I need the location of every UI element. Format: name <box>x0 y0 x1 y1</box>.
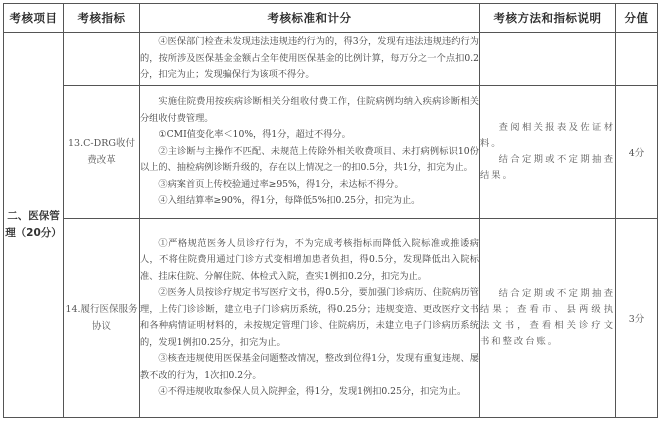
table-row: 14.履行医保服务协议 ①严格规范医务人员诊疗行为，不为完成考核指标而降低入院标… <box>4 219 658 418</box>
standard-cell: 实施住院费用按疾病诊断相关分组收付费工作，住院病例均纳入疾病诊断相关分组收付费管… <box>140 86 480 219</box>
score-cell <box>616 33 658 86</box>
header-score: 分值 <box>616 4 658 33</box>
table-row: 二、医保管理（20分） ④医保部门检查未发现违法违规违约行为的，得3分，发现有违… <box>4 33 658 86</box>
header-method: 考核方法和指标说明 <box>480 4 616 33</box>
standard-item: ④医保部门检查未发现违法违规违约行为的，得3分，发现有违法违规违约行为的，按所涉… <box>140 34 479 84</box>
method-cell: 结合定期或不定期抽查结果；查看市、县两级执法文书，查看相关诊疗文书和整改台账。 <box>480 219 616 418</box>
standard-item: ①CMI值变化率＜10%，得1分，超过不得分。 <box>140 127 479 144</box>
standard-item: ②医务人员按诊疗规定书写医疗文书，得0.5分，要加强门诊病历、住院病历管理，上传… <box>140 285 479 351</box>
table-row: 13.C-DRG收付费改革 实施住院费用按疾病诊断相关分组收付费工作，住院病例均… <box>4 86 658 219</box>
header-project: 考核项目 <box>4 4 64 33</box>
score-cell: 4分 <box>616 86 658 219</box>
standard-item: ①严格规范医务人员诊疗行为，不为完成考核指标而降低入院标准或推诿病人，不将住院费… <box>140 236 479 286</box>
indicator-cell <box>64 33 140 86</box>
method-item: 结合定期或不定期抽查结果；查看市、县两级执法文书，查看相关诊疗文书和整改台账。 <box>480 286 615 350</box>
indicator-cell: 13.C-DRG收付费改革 <box>64 86 140 219</box>
standard-intro: 实施住院费用按疾病诊断相关分组收付费工作，住院病例均纳入疾病诊断相关分组收付费管… <box>140 94 479 127</box>
standard-item: ②主诊断与主操作不匹配、未规范上传除外相关收费项目、未打病例标识10份以上的、抽… <box>140 144 479 177</box>
score-cell: 3分 <box>616 219 658 418</box>
standard-item: ③核查违规使用医保基金问题整改情况，整改到位得1分，发现有重复违规、屡教不改的行… <box>140 351 479 384</box>
method-item: 结合定期或不定期抽查结果。 <box>480 152 615 184</box>
standard-item: ③病案首页上传校验通过率≥95%，得1分，未达标不得分。 <box>140 177 479 194</box>
standard-item: ④入组结算率≥90%，得1分，每降低5%扣0.25分，扣完为止。 <box>140 193 479 210</box>
assessment-table: 考核项目 考核指标 考核标准和计分 考核方法和指标说明 分值 二、医保管理（20… <box>3 3 658 418</box>
header-indicator: 考核指标 <box>64 4 140 33</box>
project-cell: 二、医保管理（20分） <box>4 33 64 418</box>
method-cell <box>480 33 616 86</box>
method-item: 查阅相关报表及佐证材料。 <box>480 120 615 152</box>
standard-cell: ①严格规范医务人员诊疗行为，不为完成考核指标而降低入院标准或推诿病人，不将住院费… <box>140 219 480 418</box>
method-cell: 查阅相关报表及佐证材料。 结合定期或不定期抽查结果。 <box>480 86 616 219</box>
standard-cell: ④医保部门检查未发现违法违规违约行为的，得3分，发现有违法违规违约行为的，按所涉… <box>140 33 480 86</box>
table-header-row: 考核项目 考核指标 考核标准和计分 考核方法和指标说明 分值 <box>4 4 658 33</box>
header-standard: 考核标准和计分 <box>140 4 480 33</box>
standard-item: ④不得违规收取参保人员入院押金，得1分，发现1例扣0.25分，扣完为止。 <box>140 384 479 401</box>
indicator-cell: 14.履行医保服务协议 <box>64 219 140 418</box>
